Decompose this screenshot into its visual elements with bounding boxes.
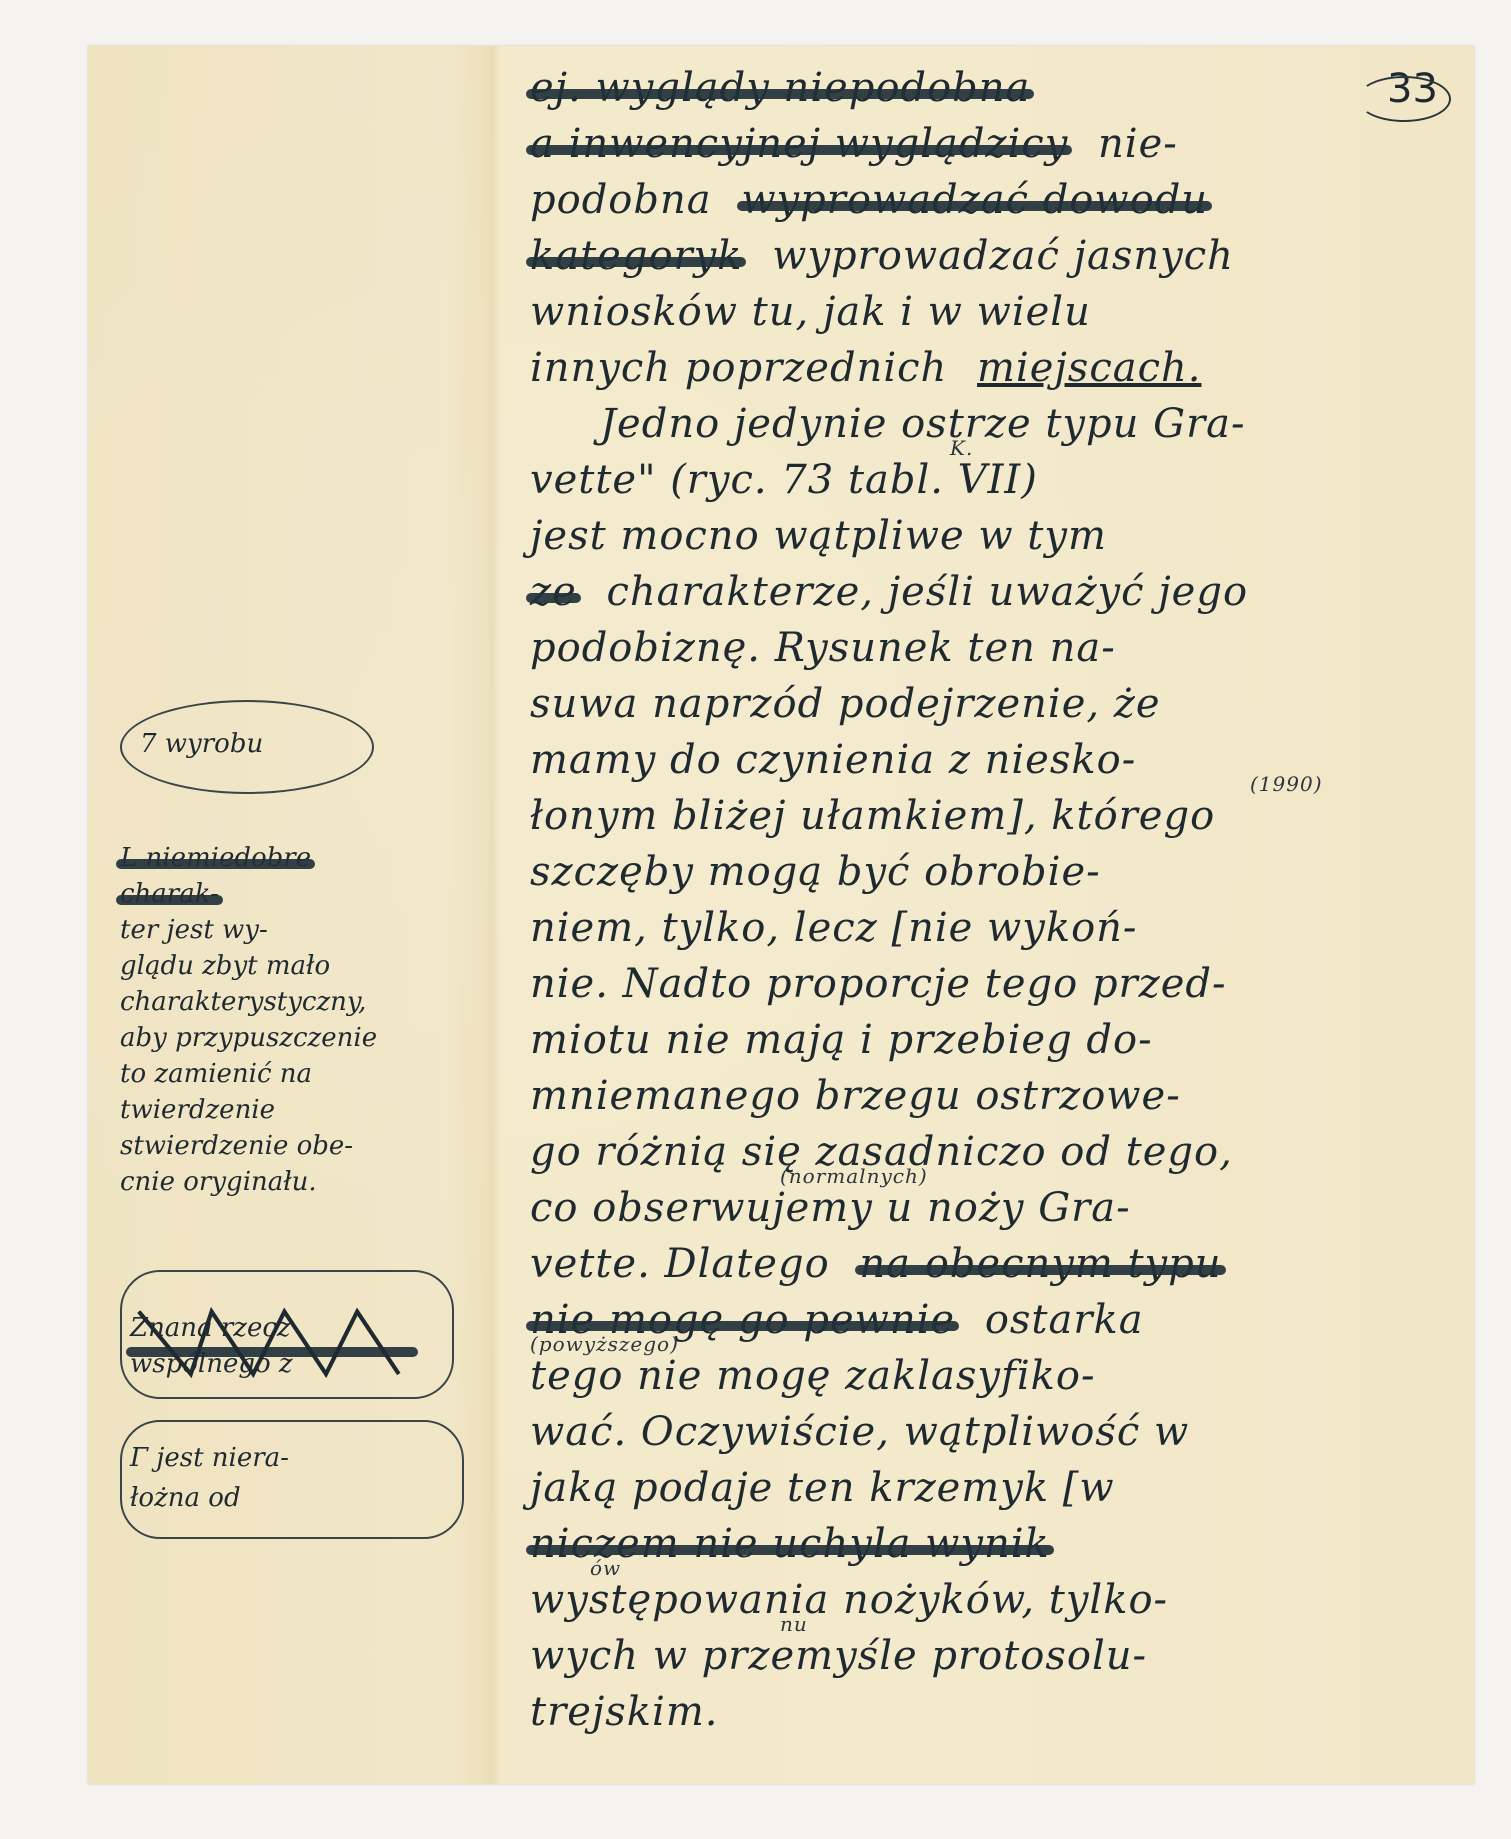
margin-note-line: Γ jest niera- [130, 1440, 289, 1476]
margin-note-4: Γ jest niera- łożna od [120, 1420, 480, 1540]
struck-text: ze [530, 564, 577, 620]
struck-text: na obecnym typu [859, 1236, 1221, 1292]
insertion: (normalnych) [780, 1166, 928, 1186]
margin-note-3: Znana rzecz wspólnego z [120, 1270, 480, 1400]
text-fragment: wyprowadzać jasnych [772, 228, 1234, 284]
text-fragment: tego nie mogę zaklasyfiko- [530, 1348, 1095, 1404]
text-line: suwa naprzód podejrzenie, że [530, 676, 1460, 732]
text-line: miotu nie mają i przebieg do- [530, 1012, 1460, 1068]
text-fragment: mamy do czynienia z niesko- [530, 732, 1136, 788]
text-fragment: występowania nożyków, tylko- [530, 1572, 1168, 1628]
text-fragment: niem, tylko, lecz [nie wykoń- [530, 900, 1137, 956]
zigzag-strikeout [120, 1270, 480, 1400]
margin-note-line: cnie oryginału. [120, 1164, 480, 1200]
text-line: wych w przemyśle protosolu- nu [530, 1628, 1460, 1684]
text-fragment: miotu nie mają i przebieg do- [530, 1012, 1153, 1068]
text-line: vette. Dlatego na obecnym typu [530, 1236, 1460, 1292]
text-fragment: vette" (ryc. 73 tabl. VII) [530, 452, 1038, 508]
text-line: jest mocno wątpliwe w tym [530, 508, 1460, 564]
text-line: a inwencyjnej wyglądzicy nie- [530, 116, 1460, 172]
margin-note-line: łożna od [130, 1480, 241, 1516]
text-line: ej. wyglądy niepodobna [530, 60, 1460, 116]
margin-note-line: charak- [120, 876, 480, 912]
insertion: (1990) [1250, 774, 1323, 794]
insertion: (powyższego) [530, 1334, 679, 1354]
text-line: mniemanego brzegu ostrzowe- [530, 1068, 1460, 1124]
text-fragment: wać. Oczywiście, wątpliwość w [530, 1404, 1189, 1460]
text-line: trejskim. [530, 1684, 1460, 1740]
text-line: kategoryk wyprowadzać jasnych [530, 228, 1460, 284]
text-fragment: ostarka [985, 1292, 1144, 1348]
struck-text: wyprowadzać dowodu [741, 172, 1208, 228]
margin-note-line: ter jest wy- [120, 912, 480, 948]
text-fragment: co obserwujemy u noży Gra- [530, 1180, 1131, 1236]
main-text-column: ej. wyglądy niepodobna a inwencyjnej wyg… [530, 60, 1460, 1740]
margin-note-line: charakterystyczny, [120, 984, 480, 1020]
text-fragment: suwa naprzód podejrzenie, że [530, 676, 1161, 732]
text-line: niczem nie uchyla wynik [530, 1516, 1460, 1572]
text-line: niem, tylko, lecz [nie wykoń- [530, 900, 1460, 956]
text-line: wać. Oczywiście, wątpliwość w [530, 1404, 1460, 1460]
struck-text: kategoryk [530, 228, 742, 284]
text-fragment: Jedno jedynie ostrze typu Gra- [600, 396, 1246, 452]
text-fragment: szczęby mogą być obrobie- [530, 844, 1101, 900]
margin-note-line: L niemiedobre [120, 840, 480, 876]
text-line: go różnią się zasadniczo od tego, [530, 1124, 1460, 1180]
text-fragment: nie- [1098, 116, 1178, 172]
text-line: występowania nożyków, tylko- ów [530, 1572, 1460, 1628]
insertion: ów [590, 1558, 621, 1578]
text-fragment: nie. Nadto proporcje tego przed- [530, 956, 1227, 1012]
margin-note-line: aby przypuszczenie [120, 1020, 480, 1056]
margin-note-line: twierdzenie [120, 1092, 480, 1128]
text-line: szczęby mogą być obrobie- [530, 844, 1460, 900]
text-fragment: jest mocno wątpliwe w tym [530, 508, 1107, 564]
insertion: K. [950, 438, 973, 458]
text-fragment: jaką podaje ten krzemyk [w [530, 1460, 1115, 1516]
text-fragment: wych w przemyśle protosolu- [530, 1628, 1147, 1684]
text-fragment: innych poprzednich [530, 340, 947, 396]
text-fragment: wniosków tu, jak i w wielu [530, 284, 1091, 340]
text-line: vette" (ryc. 73 tabl. VII) K. [530, 452, 1460, 508]
struck-text: ej. wyglądy niepodobna [530, 60, 1030, 116]
text-line: łonym bliżej ułamkiem], którego (1990) [530, 788, 1460, 844]
text-line: podobna wyprowadzać dowodu [530, 172, 1460, 228]
text-fragment: miejscach. [977, 340, 1201, 396]
text-fragment: vette. Dlatego [530, 1236, 830, 1292]
text-fragment: charakterze, jeśli uważyć jego [606, 564, 1248, 620]
text-fragment: mniemanego brzegu ostrzowe- [530, 1068, 1181, 1124]
text-line: ze charakterze, jeśli uważyć jego [530, 564, 1460, 620]
text-line: Jedno jedynie ostrze typu Gra- [530, 396, 1460, 452]
text-line: co obserwujemy u noży Gra- (normalnych) [530, 1180, 1460, 1236]
margin-note-line: stwierdzenie obe- [120, 1128, 480, 1164]
margin-note-line: to zamienić na [120, 1056, 480, 1092]
text-fragment: podobna [530, 172, 712, 228]
margin-note-text: 7 wyrobu [140, 726, 263, 762]
text-line: tego nie mogę zaklasyfiko- (powyższego) [530, 1348, 1460, 1404]
insertion: nu [780, 1614, 808, 1634]
text-line: wniosków tu, jak i w wielu [530, 284, 1460, 340]
margin-note-2: L niemiedobre charak- ter jest wy- glądu… [120, 840, 480, 1200]
text-fragment: podobiznę. Rysunek ten na- [530, 620, 1116, 676]
struck-text: a inwencyjnej wyglądzicy [530, 116, 1068, 172]
margin-note-1: 7 wyrobu [120, 700, 480, 800]
text-line: jaką podaje ten krzemyk [w [530, 1460, 1460, 1516]
text-line: nie. Nadto proporcje tego przed- [530, 956, 1460, 1012]
text-fragment: łonym bliżej ułamkiem], którego [530, 788, 1215, 844]
text-line: podobiznę. Rysunek ten na- [530, 620, 1460, 676]
text-line: innych poprzednich miejscach. [530, 340, 1460, 396]
text-fragment: trejskim. [530, 1684, 718, 1740]
margin-note-line: glądu zbyt mało [120, 948, 480, 984]
